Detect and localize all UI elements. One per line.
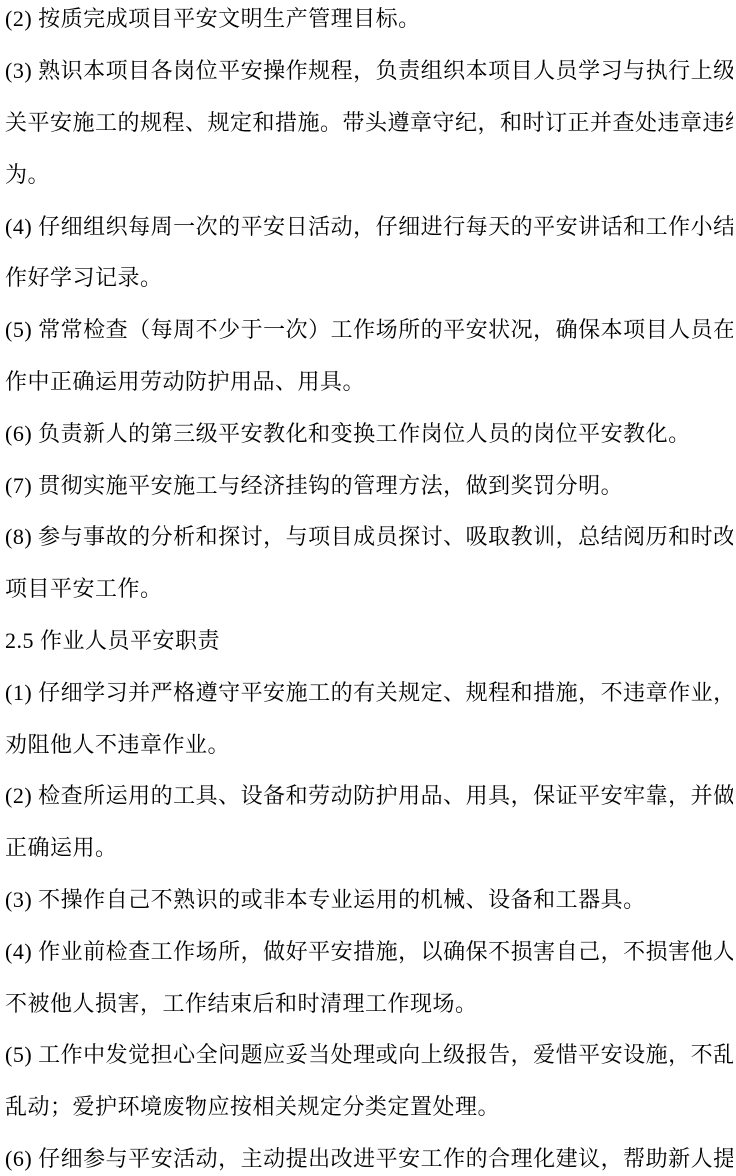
document-page: (2) 按质完成项目平安文明生产管理目标。 (3) 熟识本项目各岗位平安操作规程…	[0, 0, 736, 1176]
text-line: (6) 仔细参与平安活动，主动提出改进平安工作的合理化建议，帮助新人提高	[5, 1132, 733, 1176]
text-line: (4) 仔细组织每周一次的平安日活动，仔细进行每天的平安讲话和工作小结，	[5, 199, 733, 251]
text-line: (1) 仔细学习并严格遵守平安施工的有关规定、规程和措施，不违章作业，并	[5, 665, 733, 717]
text-line: (8) 参与事故的分析和探讨，与项目成员探讨、吸取教训，总结阅历和时改进	[5, 510, 733, 562]
text-line: (6) 负责新人的第三级平安教化和变换工作岗位人员的岗位平安教化。	[5, 406, 733, 458]
text-line: (7) 贯彻实施平安施工与经济挂钩的管理方法，做到奖罚分明。	[5, 458, 733, 510]
section-heading-2-5: 2.5 作业人员平安职责	[5, 614, 733, 666]
text-line: 正确运用。	[5, 821, 733, 873]
text-line: 项目平安工作。	[5, 562, 733, 614]
text-line: (2) 按质完成项目平安文明生产管理目标。	[5, 0, 733, 44]
text-line: (3) 不操作自己不熟识的或非本专业运用的机械、设备和工器具。	[5, 873, 733, 925]
text-line: 不被他人损害，工作结束后和时清理工作现场。	[5, 976, 733, 1028]
document-text-block: (2) 按质完成项目平安文明生产管理目标。 (3) 熟识本项目各岗位平安操作规程…	[0, 0, 736, 1176]
text-line: (5) 工作中发觉担心全问题应妥当处理或向上级报告，爱惜平安设施，不乱拆	[5, 1028, 733, 1080]
text-line: (2) 检查所运用的工具、设备和劳动防护用品、用具，保证平安牢靠，并做到	[5, 769, 733, 821]
text-line: 为。	[5, 147, 733, 199]
text-line: (5) 常常检查（每周不少于一次）工作场所的平安状况，确保本项目人员在工	[5, 303, 733, 355]
text-line: 作中正确运用劳动防护用品、用具。	[5, 355, 733, 407]
text-line: 作好学习记录。	[5, 251, 733, 303]
text-line: (3) 熟识本项目各岗位平安操作规程，负责组织本项目人员学习与执行上级有	[5, 44, 733, 96]
text-line: 劝阻他人不违章作业。	[5, 717, 733, 769]
text-line: (4) 作业前检查工作场所，做好平安措施，以确保不损害自己，不损害他人，	[5, 924, 733, 976]
text-line: 乱动；爱护环境废物应按相关规定分类定置处理。	[5, 1080, 733, 1132]
text-line: 关平安施工的规程、规定和措施。带头遵章守纪，和时订正并查处违章违纪行	[5, 96, 733, 148]
